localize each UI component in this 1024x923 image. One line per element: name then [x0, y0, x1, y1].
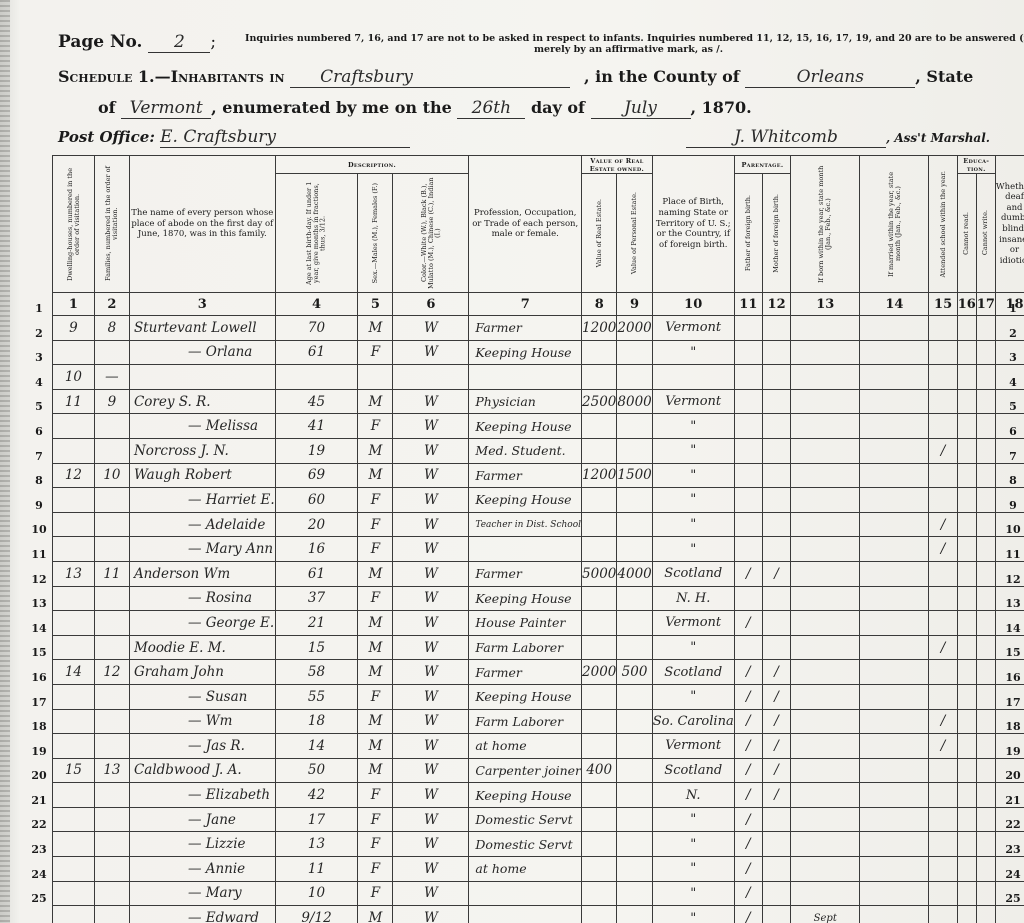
cell-married-month: [860, 660, 929, 685]
cell-mother-foreign: [762, 635, 790, 660]
cell-cannot-read: [957, 635, 976, 660]
cell-age: 20: [275, 512, 358, 537]
cell-real-estate: [582, 832, 617, 857]
cell-cannot-read: [957, 340, 976, 365]
cell-married-month: [860, 758, 929, 783]
line-number: 25: [28, 887, 50, 912]
cell-color: W: [393, 635, 469, 660]
cell-name: — Orlana: [129, 340, 275, 365]
cell-mother-foreign: /: [762, 709, 790, 734]
col-header-17: Cannot write.: [976, 174, 995, 293]
cell-cannot-write: [976, 906, 995, 923]
line-number: 15: [1002, 641, 1024, 666]
cell-dwelling: [53, 881, 95, 906]
cell-family: —: [94, 365, 129, 390]
group-real-estate: Value of Real Estate owned.: [582, 156, 653, 174]
enumerated-label: , enumerated by me on the: [211, 98, 452, 117]
cell-dwelling: [53, 611, 95, 636]
cell-mother-foreign: /: [762, 758, 790, 783]
cell-married-month: [860, 635, 929, 660]
cell-father-foreign: /: [734, 758, 762, 783]
cell-school: [929, 389, 957, 414]
cell-cannot-read: [957, 906, 976, 923]
cell-birthplace: ": [652, 635, 734, 660]
cell-cannot-read: [957, 783, 976, 808]
cell-dwelling: [53, 709, 95, 734]
cell-personal-estate: [617, 807, 652, 832]
cell-color: W: [393, 340, 469, 365]
cell-real-estate: 2500: [582, 389, 617, 414]
line-number: 8: [1002, 469, 1024, 494]
cell-age: 14: [275, 734, 358, 759]
cell-born-month: [791, 488, 860, 513]
cell-cannot-read: [957, 316, 976, 341]
line-number: 3: [1002, 346, 1024, 371]
table-row: 1412Graham John58MWFarmer2000500Scotland…: [53, 660, 1024, 685]
cell-father-foreign: [734, 463, 762, 488]
col-header-12: Mother of foreign birth.: [762, 174, 790, 293]
cell-age: 17: [275, 807, 358, 832]
cell-occupation: House Painter: [469, 611, 582, 636]
line-number: 6: [28, 420, 50, 445]
cell-married-month: [860, 586, 929, 611]
table-row: — Orlana61FWKeeping House": [53, 340, 1024, 365]
table-row: 1513Caldbwood J. A.50MWCarpenter joiner4…: [53, 758, 1024, 783]
cell-sex: F: [358, 537, 393, 562]
cell-father-foreign: /: [734, 684, 762, 709]
cell-father-foreign: [734, 537, 762, 562]
line-number: 13: [1002, 592, 1024, 617]
cell-color: W: [393, 709, 469, 734]
cell-born-month: Sept: [791, 906, 860, 923]
cell-name: — Annie: [129, 857, 275, 882]
cell-father-foreign: [734, 365, 762, 390]
cell-name: Waugh Robert: [129, 463, 275, 488]
cell-cannot-read: [957, 881, 976, 906]
line-number: 8: [28, 469, 50, 494]
table-row: — Rosina37FWKeeping HouseN. H.: [53, 586, 1024, 611]
month-value: July: [591, 98, 691, 119]
cell-color: W: [393, 906, 469, 923]
cell-school: [929, 340, 957, 365]
cell-sex: M: [358, 709, 393, 734]
cell-real-estate: [582, 709, 617, 734]
line-number: 19: [1002, 740, 1024, 765]
line-number: 19: [28, 740, 50, 765]
cell-father-foreign: /: [734, 611, 762, 636]
cell-mother-foreign: [762, 340, 790, 365]
cell-born-month: [791, 316, 860, 341]
cell-family: [94, 512, 129, 537]
cell-color: W: [393, 783, 469, 808]
cell-father-foreign: /: [734, 906, 762, 923]
cell-birthplace: ": [652, 414, 734, 439]
cell-cannot-write: [976, 832, 995, 857]
cell-birthplace: ": [652, 807, 734, 832]
day-of-label: day of: [531, 98, 585, 117]
schedule-label: Schedule 1.—Inhabitants in: [58, 67, 285, 86]
day-value: 26th: [457, 98, 525, 119]
cell-born-month: [791, 783, 860, 808]
cell-dwelling: [53, 438, 95, 463]
cell-born-month: [791, 709, 860, 734]
cell-real-estate: [582, 611, 617, 636]
cell-personal-estate: [617, 758, 652, 783]
cell-school: [929, 660, 957, 685]
cell-dwelling: [53, 512, 95, 537]
line-number: 14: [28, 617, 50, 642]
cell-family: [94, 340, 129, 365]
cell-born-month: [791, 734, 860, 759]
cell-personal-estate: [617, 537, 652, 562]
cell-school: [929, 881, 957, 906]
cell-school: [929, 684, 957, 709]
cell-color: W: [393, 463, 469, 488]
line-number: 6: [1002, 420, 1024, 445]
cell-school: /: [929, 438, 957, 463]
cell-born-month: [791, 807, 860, 832]
cell-cannot-write: [976, 414, 995, 439]
cell-school: [929, 586, 957, 611]
cell-cannot-read: [957, 758, 976, 783]
cell-father-foreign: /: [734, 660, 762, 685]
cell-cannot-write: [976, 783, 995, 808]
cell-occupation: Domestic Servt: [469, 832, 582, 857]
cell-real-estate: [582, 537, 617, 562]
cell-cannot-read: [957, 857, 976, 882]
cell-age: 16: [275, 537, 358, 562]
cell-father-foreign: /: [734, 857, 762, 882]
cell-mother-foreign: /: [762, 660, 790, 685]
year-label: , 1870.: [691, 98, 752, 117]
cell-father-foreign: [734, 389, 762, 414]
cell-cannot-read: [957, 463, 976, 488]
cell-born-month: [791, 365, 860, 390]
cell-occupation: Domestic Servt: [469, 807, 582, 832]
cell-married-month: [860, 807, 929, 832]
cell-family: [94, 783, 129, 808]
cell-age: 58: [275, 660, 358, 685]
cell-personal-estate: [617, 586, 652, 611]
cell-father-foreign: [734, 512, 762, 537]
cell-birthplace: Vermont: [652, 734, 734, 759]
cell-born-month: [791, 512, 860, 537]
cell-dwelling: [53, 857, 95, 882]
cell-personal-estate: [617, 512, 652, 537]
cell-family: 9: [94, 389, 129, 414]
cell-cannot-read: [957, 660, 976, 685]
cell-birthplace: N.: [652, 783, 734, 808]
cell-occupation: at home: [469, 734, 582, 759]
cell-personal-estate: [617, 365, 652, 390]
cell-school: [929, 906, 957, 923]
cell-real-estate: [582, 881, 617, 906]
cell-birthplace: Vermont: [652, 611, 734, 636]
cell-mother-foreign: [762, 438, 790, 463]
cell-personal-estate: 8000: [617, 389, 652, 414]
cell-cannot-read: [957, 365, 976, 390]
cell-occupation: Farm Laborer: [469, 709, 582, 734]
page-number-line: Page No. 2;: [58, 32, 216, 53]
cell-color: W: [393, 611, 469, 636]
line-number: 22: [28, 813, 50, 838]
cell-family: 8: [94, 316, 129, 341]
cell-color: W: [393, 832, 469, 857]
line-number: 7: [28, 445, 50, 470]
cell-cannot-read: [957, 586, 976, 611]
group-description: Description.: [275, 156, 469, 174]
cell-age: 21: [275, 611, 358, 636]
cell-personal-estate: [617, 881, 652, 906]
col-header-2: Families, numbered in the order of visit…: [94, 156, 129, 293]
cell-age: 9/12: [275, 906, 358, 923]
cell-mother-foreign: /: [762, 684, 790, 709]
cell-mother-foreign: [762, 316, 790, 341]
cell-family: [94, 635, 129, 660]
cell-birthplace: ": [652, 537, 734, 562]
cell-married-month: [860, 906, 929, 923]
cell-family: 12: [94, 660, 129, 685]
cell-sex: F: [358, 512, 393, 537]
cell-family: 11: [94, 561, 129, 586]
cell-father-foreign: /: [734, 734, 762, 759]
line-number: 1: [1002, 297, 1024, 322]
census-rows: 98Sturtevant Lowell70MWFarmer12002000Ver…: [53, 316, 1024, 923]
cell-color: W: [393, 488, 469, 513]
table-row: — Melissa41FWKeeping House": [53, 414, 1024, 439]
cell-school: [929, 488, 957, 513]
cell-color: [393, 365, 469, 390]
line-number: 16: [28, 666, 50, 691]
cell-age: 42: [275, 783, 358, 808]
cell-birthplace: Scotland: [652, 758, 734, 783]
cell-sex: F: [358, 857, 393, 882]
cell-born-month: [791, 340, 860, 365]
cell-name: — Mary Ann: [129, 537, 275, 562]
cell-birthplace: [652, 365, 734, 390]
line-number: 2: [28, 322, 50, 347]
cell-family: [94, 586, 129, 611]
cell-sex: F: [358, 807, 393, 832]
cell-cannot-write: [976, 734, 995, 759]
cell-name: — Mary: [129, 881, 275, 906]
cell-sex: F: [358, 340, 393, 365]
cell-married-month: [860, 832, 929, 857]
cell-married-month: [860, 512, 929, 537]
cell-married-month: [860, 463, 929, 488]
cell-dwelling: 12: [53, 463, 95, 488]
table-row: Moodie E. M.15MWFarm Laborer"/: [53, 635, 1024, 660]
cell-birthplace: Vermont: [652, 389, 734, 414]
cell-school: [929, 463, 957, 488]
col-header-5: Sex.—Males (M.), Females (F.): [358, 174, 393, 293]
cell-name: — Adelaide: [129, 512, 275, 537]
cell-family: 13: [94, 758, 129, 783]
table-row: — Edward9/12MW"/Sept: [53, 906, 1024, 923]
cell-sex: M: [358, 611, 393, 636]
cell-occupation: Farmer: [469, 561, 582, 586]
line-number: 9: [1002, 494, 1024, 519]
cell-personal-estate: [617, 906, 652, 923]
cell-married-month: [860, 783, 929, 808]
group-education: Educa-tion.: [957, 156, 995, 174]
cell-cannot-write: [976, 316, 995, 341]
cell-cannot-read: [957, 389, 976, 414]
cell-occupation: Keeping House: [469, 340, 582, 365]
cell-name: — Jane: [129, 807, 275, 832]
cell-birthplace: Scotland: [652, 561, 734, 586]
col-header-10: Place of Birth, naming State or Territor…: [652, 156, 734, 293]
cell-cannot-read: [957, 832, 976, 857]
cell-married-month: [860, 389, 929, 414]
line-number: 25: [1002, 887, 1024, 912]
cell-age: 18: [275, 709, 358, 734]
county-label: , in the County of: [584, 67, 740, 86]
cell-sex: [358, 365, 393, 390]
cell-born-month: [791, 832, 860, 857]
table-row: 98Sturtevant Lowell70MWFarmer12002000Ver…: [53, 316, 1024, 341]
cell-occupation: Keeping House: [469, 488, 582, 513]
cell-age: 41: [275, 414, 358, 439]
group-parentage: Parentage.: [734, 156, 791, 174]
cell-personal-estate: 4000: [617, 561, 652, 586]
line-number: 22: [1002, 813, 1024, 838]
cell-name: Caldbwood J. A.: [129, 758, 275, 783]
cell-dwelling: [53, 340, 95, 365]
cell-mother-foreign: /: [762, 734, 790, 759]
cell-mother-foreign: [762, 512, 790, 537]
col-header-3: The name of every person whose place of …: [129, 156, 275, 293]
cell-cannot-write: [976, 512, 995, 537]
line-number: 17: [28, 691, 50, 716]
cell-dwelling: 10: [53, 365, 95, 390]
cell-dwelling: 9: [53, 316, 95, 341]
table-row: — Mary Ann16FW"/: [53, 537, 1024, 562]
line-number: 17: [1002, 691, 1024, 716]
cell-born-month: [791, 684, 860, 709]
cell-personal-estate: 500: [617, 660, 652, 685]
cell-real-estate: [582, 635, 617, 660]
cell-cannot-read: [957, 414, 976, 439]
cell-color: W: [393, 438, 469, 463]
cell-sex: M: [358, 906, 393, 923]
cell-personal-estate: [617, 684, 652, 709]
cell-occupation: Farmer: [469, 660, 582, 685]
cell-birthplace: ": [652, 906, 734, 923]
cell-birthplace: ": [652, 857, 734, 882]
cell-birthplace: Vermont: [652, 316, 734, 341]
table-row: — Jane17FWDomestic Servt"/: [53, 807, 1024, 832]
cell-real-estate: [582, 340, 617, 365]
cell-mother-foreign: [762, 586, 790, 611]
cell-age: 61: [275, 340, 358, 365]
cell-color: W: [393, 734, 469, 759]
cell-personal-estate: [617, 783, 652, 808]
cell-name: Moodie E. M.: [129, 635, 275, 660]
cell-name: — Elizabeth: [129, 783, 275, 808]
marshal-label: , Ass't Marshal.: [886, 131, 990, 145]
cell-sex: M: [358, 635, 393, 660]
cell-family: [94, 709, 129, 734]
line-numbers-right: 1234567891011121314151617181920212223242…: [1002, 297, 1024, 912]
cell-cannot-write: [976, 561, 995, 586]
inquiries-note-line2: merely by an affirmative mark, as /.: [534, 44, 723, 55]
cell-color: W: [393, 561, 469, 586]
cell-occupation: at home: [469, 857, 582, 882]
cell-cannot-write: [976, 611, 995, 636]
cell-real-estate: 1200: [582, 316, 617, 341]
post-office-line: Post Office: E. Craftsbury: [58, 127, 410, 148]
line-number: 16: [1002, 666, 1024, 691]
cell-sex: F: [358, 832, 393, 857]
cell-real-estate: 5000: [582, 561, 617, 586]
cell-married-month: [860, 709, 929, 734]
cell-occupation: Keeping House: [469, 586, 582, 611]
cell-married-month: [860, 857, 929, 882]
cell-dwelling: [53, 488, 95, 513]
table-row: — Elizabeth42FWKeeping HouseN.//: [53, 783, 1024, 808]
cell-sex: F: [358, 414, 393, 439]
cell-cannot-write: [976, 881, 995, 906]
table-row: 1210Waugh Robert69MWFarmer12001500"/: [53, 463, 1024, 488]
cell-name: — Melissa: [129, 414, 275, 439]
county-value: Orleans: [745, 67, 915, 88]
cell-name: — Harriet E.: [129, 488, 275, 513]
table-row: 10—: [53, 365, 1024, 390]
cell-mother-foreign: [762, 906, 790, 923]
line-number: 20: [28, 764, 50, 789]
line-number: 11: [1002, 543, 1024, 568]
line-number: 11: [28, 543, 50, 568]
cell-sex: M: [358, 463, 393, 488]
post-office-value: E. Craftsbury: [160, 127, 410, 148]
cell-family: [94, 906, 129, 923]
cell-father-foreign: [734, 340, 762, 365]
cell-color: W: [393, 414, 469, 439]
col-header-16: Cannot read.: [957, 174, 976, 293]
cell-born-month: [791, 635, 860, 660]
line-number: 12: [1002, 568, 1024, 593]
cell-cannot-read: [957, 807, 976, 832]
cell-real-estate: [582, 684, 617, 709]
cell-color: W: [393, 512, 469, 537]
cell-mother-foreign: [762, 857, 790, 882]
cell-age: 37: [275, 586, 358, 611]
cell-color: W: [393, 537, 469, 562]
cell-married-month: [860, 881, 929, 906]
census-page: Page No. 2; Inquiries numbered 7, 16, an…: [0, 0, 1024, 923]
cell-father-foreign: /: [734, 881, 762, 906]
col-header-15: Attended school within the year.: [929, 156, 957, 293]
cell-born-month: [791, 660, 860, 685]
cell-father-foreign: [734, 414, 762, 439]
cell-cannot-write: [976, 709, 995, 734]
cell-cannot-write: [976, 463, 995, 488]
cell-dwelling: 11: [53, 389, 95, 414]
cell-born-month: [791, 414, 860, 439]
col-header-13: If born within the year, state month (Ja…: [791, 156, 860, 293]
cell-name: Graham John: [129, 660, 275, 685]
cell-mother-foreign: [762, 365, 790, 390]
cell-dwelling: 14: [53, 660, 95, 685]
cell-occupation: Keeping House: [469, 684, 582, 709]
cell-cannot-write: [976, 807, 995, 832]
cell-occupation: Farmer: [469, 316, 582, 341]
cell-sex: F: [358, 586, 393, 611]
cell-cannot-read: [957, 611, 976, 636]
cell-sex: F: [358, 488, 393, 513]
line-number: 9: [28, 494, 50, 519]
